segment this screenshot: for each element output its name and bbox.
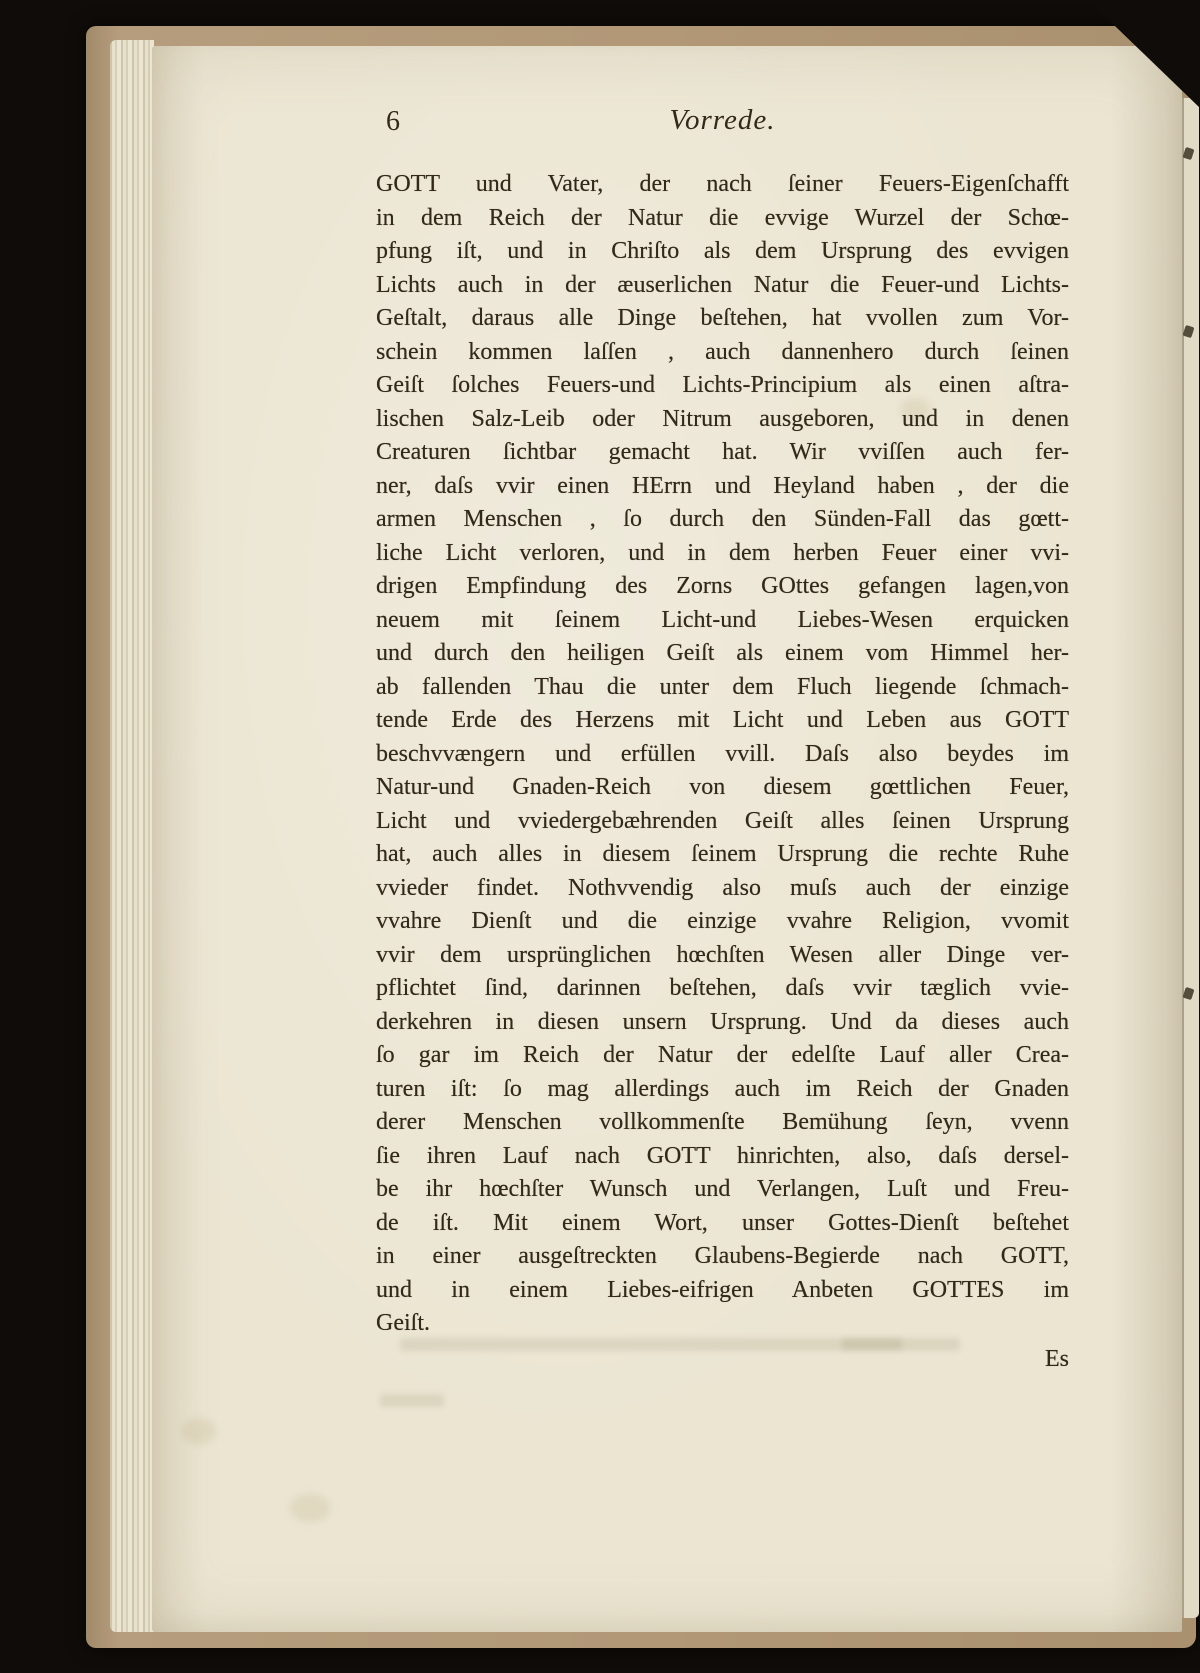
running-header-title: Vorrede. bbox=[376, 104, 1069, 137]
text-line: liche Licht verloren, und in dem herben … bbox=[376, 537, 1069, 571]
text-line: lischen Salz-Leib oder Nitrum ausgeboren… bbox=[376, 403, 1069, 437]
paper-stain bbox=[182, 1418, 216, 1444]
show-through-marks bbox=[380, 1394, 444, 1407]
text-line: pflichtet ſind, darinnen beſtehen, daſs … bbox=[376, 972, 1069, 1006]
page-header: 6 Vorrede. bbox=[376, 104, 1069, 148]
text-line: ſo gar im Reich der Natur der edelſte La… bbox=[376, 1039, 1069, 1073]
text-line: Geiſt. bbox=[376, 1307, 1069, 1341]
text-line: in einer ausgeſtreckten Glaubens-Begierd… bbox=[376, 1240, 1069, 1274]
text-line: derer Menschen vollkommenſte Bemühung ſe… bbox=[376, 1106, 1069, 1140]
page-stack-edges bbox=[110, 40, 154, 1632]
scanned-book-photo: 6 Vorrede. GOTT und Vater, der nach ſein… bbox=[0, 0, 1200, 1673]
text-line: ſie ihren Lauf nach GOTT hinrichten, als… bbox=[376, 1140, 1069, 1174]
paper-stain bbox=[290, 1494, 330, 1522]
text-line: schein kommen laſſen , auch dannenhero d… bbox=[376, 336, 1069, 370]
text-line: Natur-und Gnaden-Reich von diesem gœttli… bbox=[376, 771, 1069, 805]
book-page: 6 Vorrede. GOTT und Vater, der nach ſein… bbox=[152, 46, 1182, 1632]
text-line: in dem Reich der Natur die evvige Wurzel… bbox=[376, 202, 1069, 236]
text-line: Geſtalt, daraus alle Dinge beſtehen, hat… bbox=[376, 302, 1069, 336]
text-line: vvieder findet. Nothvvendig also muſs au… bbox=[376, 872, 1069, 906]
text-line: GOTT und Vater, der nach ſeiner Feuers-E… bbox=[376, 168, 1069, 202]
body-text: GOTT und Vater, der nach ſeiner Feuers-E… bbox=[376, 168, 1069, 1341]
text-line: drigen Empfindung des Zorns GOttes gefan… bbox=[376, 570, 1069, 604]
text-line: vvahre Dienſt und die einzige vvahre Rel… bbox=[376, 905, 1069, 939]
text-line: beschvvængern und erfüllen vvill. Daſs a… bbox=[376, 738, 1069, 772]
text-line: Lichts auch in der æuserlichen Natur die… bbox=[376, 269, 1069, 303]
text-line: turen iſt: ſo mag allerdings auch im Rei… bbox=[376, 1073, 1069, 1107]
text-line: hat, auch alles in diesem ſeinem Ursprun… bbox=[376, 838, 1069, 872]
text-line: vvir dem ursprünglichen hœchſten Wesen a… bbox=[376, 939, 1069, 973]
text-line: Licht und vviedergebæhrenden Geiſt alles… bbox=[376, 805, 1069, 839]
text-line: pfung iſt, und in Chriſto als dem Urspru… bbox=[376, 235, 1069, 269]
show-through-marks bbox=[842, 1338, 902, 1350]
text-line: ab fallenden Thau die unter dem Fluch li… bbox=[376, 671, 1069, 705]
text-line: de iſt. Mit einem Wort, unser Gottes-Die… bbox=[376, 1207, 1069, 1241]
text-line: Geiſt ſolches Feuers-und Lichts-Principi… bbox=[376, 369, 1069, 403]
text-line: und in einem Liebes-eifrigen Anbeten GOT… bbox=[376, 1274, 1069, 1308]
text-line: be ihr hœchſter Wunsch und Verlangen, Lu… bbox=[376, 1173, 1069, 1207]
text-line: derkehren in diesen unsern Ursprung. Und… bbox=[376, 1006, 1069, 1040]
text-line: neuem mit ſeinem Licht-und Liebes-Wesen … bbox=[376, 604, 1069, 638]
text-line: und durch den heiligen Geiſt als einem v… bbox=[376, 637, 1069, 671]
text-line: tende Erde des Herzens mit Licht und Leb… bbox=[376, 704, 1069, 738]
text-line: armen Menschen , ſo durch den Sünden-Fal… bbox=[376, 503, 1069, 537]
text-line: Creaturen ſichtbar gemacht hat. Wir vviſ… bbox=[376, 436, 1069, 470]
text-line: ner, daſs vvir einen HErrn und Heyland h… bbox=[376, 470, 1069, 504]
